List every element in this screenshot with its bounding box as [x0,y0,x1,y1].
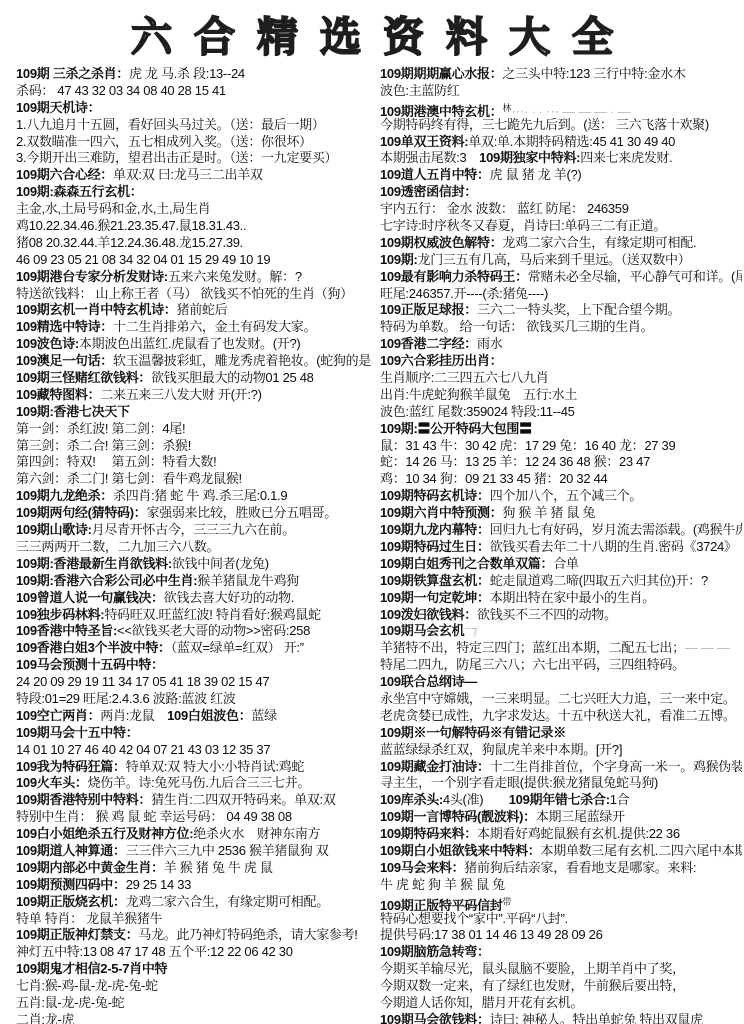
text-segment: 单双:单.本期特码精选:45 41 30 49 40 [468,134,675,149]
text-line: 109期六肖中特预测：狗 猴 羊 猪 鼠 兔 [380,505,742,522]
text-line: 鸡：10 34 狗：09 21 33 45 猪：20 32 44 [380,471,742,488]
text-line: 109期特码来料：本期看好鸡蛇鼠猴有玄机.提供:22 36 [380,826,742,843]
text-line: 七字诗:时序秋冬又春夏，肖诗曰:单码三二有正道。 [380,218,742,235]
text-segment: 109香港二字经： [380,336,477,351]
text-line: 本期强击尾数:3 109期独家中特料:四来七来虎发财. [380,150,742,167]
text-segment: 蓝绿 [251,708,276,723]
text-line: 109马会来料：猪前狗后结亲家，看看地支是哪家。来料: [380,860,742,877]
text-segment: 109联合总纲诗— [380,674,477,689]
text-segment: 109期期期赢心水报： [380,66,502,81]
text-segment: 109期马会十五中特： [16,725,138,740]
text-segment: 四来七来虎发财. [580,150,672,165]
text-line: 109期权威波色解特：龙鸡二家六合生，有缘定期可相配. [380,235,742,252]
text-segment: 今期买羊输尽光，鼠头鼠脑不要脸，上期羊肖中了奖， [380,961,685,976]
text-line: 第三剑：杀二合! 第三剑：杀猴! [16,438,372,455]
text-segment: 109期鬼才相信2-5-7肖中特 [16,961,167,976]
text-segment: 24 20 09 29 19 11 34 17 05 41 18 39 02 1… [16,674,269,689]
text-segment: 欲钱中间者(龙兔) [172,556,269,571]
text-segment: 永坐宫中守嫦娥，一三来明显。二七兴旺大力追，三一来中定。 [380,691,736,706]
text-line: 2.双数瞄准一四六，五七相成列入奖。（送：你很坏） [16,134,372,151]
text-segment: 十二生肖排弟六，金土有码发大家。 [113,319,316,334]
text-segment: 109香港中特圣旨: [16,623,117,638]
text-line: 109正版足球报：三六二一特头奖，上下配合望今期。 [380,302,742,319]
text-segment: 雨水 [477,336,502,351]
text-segment: 单双:双 曰:龙马三二出羊双 [113,167,263,182]
text-line: 109期正版特平码信封带 [380,894,742,911]
text-segment: 今期道人话你知，腊月开花有玄机。 [380,995,583,1010]
text-line: 109最有影响力杀特码王：常赌未必全尽输，平心静气可和详。(尾) [380,269,742,286]
text-segment: 欲钱买不三不四的动物。 [477,607,617,622]
text-segment: 鸡：10 34 狗：09 21 33 45 猪：20 32 44 [380,471,607,486]
text-segment: 今期特码终有得，三七跪先九后到。(送： 三六飞落十欢聚) [380,117,709,132]
text-line: 牛 虎 蛇 狗 羊 猴 鼠 兔 [380,877,742,894]
text-line: 特送欲钱料： 山上称王者（马） 欲钱买不怕死的生肖（狗） [16,286,372,303]
text-segment: 之三头中特:123 三行中特:金水木 [502,66,685,81]
text-line: 46 09 23 05 21 08 34 32 04 01 15 29 49 1… [16,252,372,269]
text-segment: 猪前狗后结亲家，看看地支是哪家。来料: [464,860,696,875]
text-segment: 109期:香港最新生肖欲钱料: [16,556,172,571]
text-segment: 主金,水,土局号码和金,水,土,局生肖 [16,201,210,216]
text-line: 今期买羊输尽光，鼠头鼠脑不要脸，上期羊肖中了奖， [380,961,742,978]
text-line: 109期香港特别中特料：猜生肖:二四双开特码来。单双:双 [16,792,372,809]
text-segment: 109道人五肖中特： [380,167,490,182]
text-line: 109期九龙内幕特：回归九七有好码，岁月流去需添载。(鸡猴牛虎) [380,522,742,539]
text-line: 109六合彩挂历出肖： [380,353,742,370]
text-line: 109期预测四码中：29 25 14 33 [16,877,372,894]
text-segment: 109马会来料： [380,860,464,875]
text-line: 永坐宫中守嫦娥，一三来明显。二七兴旺大力追，三一来中定。 [380,691,742,708]
text-segment: 109期年错七杀合: [509,792,610,807]
text-line: 109独步码林料:特码旺双.旺蓝红波! 特肖看好:猴鸡鼠蛇 [16,607,372,624]
text-line: 鼠：31 43 牛：30 42 虎：17 29 兔：16 40 龙：27 39 [380,438,742,455]
text-segment: 杀四肖:猪 蛇 牛 鸡.杀三尾:0.1.9 [113,488,287,503]
text-line: 109期天机诗： [16,100,372,117]
text-segment: 特码旺双.旺蓝红波! 特肖看好:猴鸡鼠蛇 [104,607,320,622]
text-segment: 三三两两开二数，二九加三六八数。 [16,539,219,554]
text-segment: 鼠：31 43 牛：30 42 虎：17 29 兔：16 40 龙：27 39 [380,438,675,453]
text-segment: 14 01 10 27 46 40 42 04 07 21 43 03 12 3… [16,742,270,757]
text-line: 109期:香港七决天下 [16,404,372,421]
text-segment: 特段:01=29 旺尾:2.4.3.6 波路:蓝波 红波 [16,691,236,706]
text-line: 生肖顺序:二三四五六七八九肖 [380,370,742,387]
text-segment: 109期玄机一肖中特玄机诗： [16,302,177,317]
text-segment: 109正版足球报： [380,302,477,317]
text-segment: 波色:主蓝防红 [380,83,460,98]
text-segment: 109独步码林料: [16,607,104,622]
text-segment: 生肖顺序:二三四五六七八九肖 [380,370,548,385]
page-title: 六合精选资料大全 [0,4,744,63]
text-segment: 蛇走鼠道鸡二啼(四取五六归其位)开：? [490,573,708,588]
text-line: 109泼妇欲钱料：欲钱买不三不四的动物。 [380,607,742,624]
text-segment: 特单双:双 特大小:小特肖试:鸡蛇 [126,759,304,774]
text-segment: 特尾二四九，防尾三六八；六七出平码，三四组特码。 [380,657,685,672]
text-segment: 特码心想要找个“家中”.平码“八封”. [380,911,568,926]
text-line: 109期正版烧玄机：龙鸡二家六合生，有缘定期可相配。 [16,894,372,911]
text-line: 109期:〓公开特码大包围〓 [380,421,742,438]
text-segment: 猴羊猪鼠龙牛鸡狗 [197,573,299,588]
text-segment: 2.双数瞄准一四六，五七相成列入奖。（送：你很坏） [16,134,312,149]
text-line: 109期:香港六合彩公司必中生肖:猴羊猪鼠龙牛鸡狗 [16,573,372,590]
left-column: 109期 三杀之杀肖：虎 龙 马.杀 段:13--24杀码： 47 43 32 … [2,66,372,1024]
text-line: 24 20 09 29 19 11 34 17 05 41 18 39 02 1… [16,674,372,691]
text-segment: 109期特码玄机诗： [380,488,490,503]
text-line: 109期马会十五中特： [16,725,372,742]
text-segment: 本期三尾蓝绿开 [536,809,625,824]
text-line: 第四剑：特双! 第五剑：特看大数! [16,454,372,471]
text-segment: 109火车头： [16,775,88,790]
text-segment: 109期天机诗： [16,100,100,115]
text-segment: 四个加八个，五个减三个。 [490,488,642,503]
text-line: 109期藏金打油诗：十二生肖排首位，个字身高一米一。鸡猴伪装 [380,759,742,776]
text-line: 109期道人神算通：三三伴六三九中 2536 猴羊猪鼠狗 双 [16,843,372,860]
text-segment: 109期藏金打油诗： [380,759,490,774]
text-segment: 本期看好鸡蛇鼠猴有玄机.提供:22 36 [477,826,680,841]
text-line: 五肖:鼠-龙-虎-兔-蛇 [16,995,372,1012]
text-line: 109火车头：烧伤羊。诗:兔死马伤.九后合三三七并。 [16,775,372,792]
text-line: 109澳足一句话：软玉温馨披彩虹，雕龙秀虎着艳妆。(蛇狗的是 [16,353,372,370]
text-segment: 欲钱去喜大好功的动物. [164,590,294,605]
text-segment: 二来五来三八发大财 开(开:?) [100,387,261,402]
two-column-body: 109期 三杀之杀肖：虎 龙 马.杀 段:13--24杀码： 47 43 32 … [0,66,744,1024]
text-line: 109期山歌诗:月尽青开怀古今，三三三九六在前。 [16,522,372,539]
text-segment: 29 25 14 33 [126,877,191,892]
text-line: 109期铁算盘玄机：蛇走鼠道鸡二啼(四取五六归其位)开：? [380,573,742,590]
text-line: 109期期期赢心水报：之三头中特:123 三行中特:金水木 [380,66,742,83]
text-segment: 寻主生，一个别字看走眼(提供:猴龙猪鼠兔蛇马狗) [380,775,658,790]
text-line: 蓝蓝绿绿杀红双，狗鼠虎羊来中本期。[开?] [380,742,742,759]
text-segment: 虎 龙 马.杀 段:13--24 [129,66,245,81]
text-segment: 第四剑：特双! 第五剑：特看大数! [16,454,216,469]
lottery-info-sheet: 六合精选资料大全 109期 三杀之杀肖：虎 龙 马.杀 段:13--24杀码： … [0,4,744,1024]
text-segment: 1合 [610,792,630,807]
text-segment: 二肖:龙-虎 [16,1012,74,1024]
text-segment: 109期: [380,252,418,267]
text-segment: 109精选中特诗： [16,319,113,334]
text-segment: 109期特码过生日： [380,539,490,554]
text-segment: 蓝蓝绿绿杀红双，狗鼠虎羊来中本期。[开?] [380,742,622,757]
text-segment: 109期铁算盘玄机： [380,573,490,588]
right-column: 109期期期赢心水报：之三头中特:123 三行中特:金水木波色:主蓝防红109期… [372,66,742,1024]
text-line: 特码心想要找个“家中”.平码“八封”. [380,911,742,928]
text-line: 109期 三杀之杀肖：虎 龙 马.杀 段:13--24 [16,66,372,83]
text-segment: 两肖:龙鼠 [100,708,167,723]
text-line: 14 01 10 27 46 40 42 04 07 21 43 03 12 3… [16,742,372,759]
text-line: 特码为单数。 给一句话： 欲钱买几三期的生肖。 [380,319,742,336]
text-line: 109精选中特诗：十二生肖排弟六，金土有码发大家。 [16,319,372,336]
text-line: 109透密函信封： [380,184,742,201]
text-line: 109道人五肖中特：虎 鼠 猪 龙 羊(?) [380,167,742,184]
text-segment: 虎 鼠 猪 龙 羊(?) [490,167,582,182]
text-segment: 今期双数一定来，有了绿红也发财，牛前猴后要出特， [380,978,685,993]
text-segment: 109期白姐秀刊之合数单双篇： [380,556,553,571]
text-line: 109香港中特圣旨:<<欲钱买老大哥的动物>>密码:258 [16,623,372,640]
text-segment: 109香港白姐3个半波中特： [16,640,171,655]
text-segment: 鸡10.22.34.46.猴21.23.35.47.鼠18.31.43.. [16,218,246,233]
text-segment: 本期单数三尾有玄机.二四六尾中本期 [541,843,743,858]
text-line: 109期两句经(猜特码)：家强弱来比较，胜败已分五唱哥。 [16,505,372,522]
text-segment: 109藏特图料： [16,387,100,402]
text-line: 特单 特肖： 龙鼠羊猴猪牛 [16,911,372,928]
text-line: 鸡10.22.34.46.猴21.23.35.47.鼠18.31.43.. [16,218,372,235]
text-segment: 109期预测四码中： [16,877,126,892]
text-segment: 109期香港特别中特料： [16,792,151,807]
text-line: 109马会预测十五码中特： [16,657,372,674]
text-segment: 狗 猴 羊 猪 鼠 兔 [502,505,595,520]
text-line: 109白小姐绝杀五行及财神方位:绝杀火水 财神东南方 [16,826,372,843]
text-line: 109期:森森五行玄机： [16,184,372,201]
text-segment: 109期港澳中特玄机： [380,104,502,117]
text-segment: 猪前蛇后 [177,302,228,317]
text-segment: 109最有影响力杀特码王： [380,269,528,284]
text-segment: 本期出特在家中最小的生肖。 [490,590,655,605]
text-segment: 46 09 23 05 21 08 34 32 04 01 15 29 49 1… [16,252,270,267]
text-line: 今期特码终有得，三七跪先九后到。(送： 三六飞落十欢聚) [380,117,742,134]
text-line: 宇内五行： 金水 波数： 蓝红 防尾： 246359 [380,201,742,218]
text-line: 第一剑：杀红波! 第二剑：4尾! [16,421,372,438]
text-segment: 109期山歌诗: [16,522,92,537]
text-line: 109联合总纲诗— [380,674,742,691]
text-segment: 老虎贪婪已成性，九字求发达。十五中秋送大礼，看准二五博。 [380,708,736,723]
text-segment: ⋯· · · ⋯ — — — · — [511,104,630,117]
text-segment: 109期:〓公开特码大包围〓 [380,421,532,436]
text-segment: 家强弱来比较，胜败已分五唱哥。 [146,505,337,520]
text-segment: 109期三怪赌红欲钱料： [16,370,151,385]
text-line: 109期一句定乾坤：本期出特在家中最小的生肖。 [380,590,742,607]
text-segment: 出肖:牛虎蛇狗猴羊鼠兔 五行:水土 [380,387,577,402]
text-segment: <<欲钱买老大哥的动物>>密码:258 [117,623,310,638]
text-line: 第六剑：杀二门! 第七剑：看牛鸡龙鼠猴! [16,471,372,488]
text-segment: 本期波色出蓝红.虎鼠看了也发财。(开?) [79,336,301,351]
text-line: 109空亡两肖：两肖:龙鼠 109白姐波色：蓝绿 [16,708,372,725]
text-segment: 波色:蓝红 尾数:359024 特段:11--45 [380,404,575,419]
text-segment: 带 [502,897,511,907]
text-line: 出肖:牛虎蛇狗猴羊鼠兔 五行:水土 [380,387,742,404]
text-segment: 109期六合心经： [16,167,113,182]
text-line: 109期九龙绝杀：杀四肖:猪 蛇 牛 鸡.杀三尾:0.1.9 [16,488,372,505]
text-line: 109期港澳中特玄机：林⋯· · · ⋯ — — — · — [380,100,742,117]
text-segment: 三三伴六三九中 2536 猴羊猪鼠狗 双 [126,843,329,858]
text-segment: 杀码： 47 43 32 03 34 08 40 28 15 41 [16,83,226,98]
text-segment: 牛 虎 蛇 狗 羊 猴 鼠 兔 [380,877,505,892]
text-segment: 龙鸡二家六合生，有缘定期可相配. [502,235,696,250]
text-line: 109期脑筋急转弯： [380,944,742,961]
text-segment: 七肖:猴-鸡-鼠-龙-虎-兔-蛇 [16,978,158,993]
text-line: 109单双王资料:单双:单.本期特码精选:45 41 30 49 40 [380,134,742,151]
text-line: 109期:龙门三五有几高，马后来到千里远。（送双数中） [380,252,742,269]
text-segment: 五肖:鼠-龙-虎-兔-蛇 [16,995,124,1010]
text-segment: 109期九龙内幕特： [380,522,490,537]
text-segment: 欲钱买看去年二十八期的生肖.密码《3724》 [490,539,737,554]
text-segment: 常赌未必全尽输，平心静气可和详。(尾) [528,269,742,284]
text-segment: 羊 猴 猪 兔 牛 虎 鼠 [164,860,273,875]
text-segment: 109期权威波色解特： [380,235,502,250]
text-line: 羊猪特不出，特定三四门；蓝红出本期，二配五七出；— — — [380,640,742,657]
text-line: 二肖:龙-虎 [16,1012,372,1024]
text-segment: 第一剑：杀红波! 第二剑：4尾! [16,421,185,436]
text-segment: 109期九龙绝杀： [16,488,113,503]
text-segment: 特别中生肖： 猴 鸡 鼠 蛇 幸运号码： 04 49 38 08 [16,809,292,824]
text-segment: 109我为特码狂篇： [16,759,126,774]
text-line: 主金,水,土局号码和金,水,土,局生肖 [16,201,372,218]
text-segment: 109期马会玄机 [380,623,464,638]
text-segment: 第六剑：杀二门! 第七剑：看牛鸡龙鼠猴! [16,471,242,486]
text-line: 109期内部必中黄金生肖：羊 猴 猪 兔 牛 虎 鼠 [16,860,372,877]
text-segment: 109期两句经(猜特码)： [16,505,146,520]
text-line: 109期鬼才相信2-5-7肖中特 [16,961,372,978]
text-segment: 109马会预测十五码中特： [16,657,164,672]
text-segment: 109期一句定乾坤： [380,590,490,605]
text-segment: 欲钱买胆最大的动物01 25 48 [151,370,314,385]
text-segment: 109六合彩挂历出肖： [380,353,502,368]
text-segment: 109单双王资料: [380,134,468,149]
text-segment: 龙门三五有几高，马后来到千里远。（送双数中） [418,252,691,267]
text-segment: 十二生肖排首位，个字身高一米一。鸡猴伪装 [490,759,742,774]
text-segment: 109期:森森五行玄机： [16,184,142,199]
text-segment: 109期独家中特料: [479,150,580,165]
text-line: 旺尾:246357.开----(杀:猪兔----) [380,286,742,303]
text-segment: （蓝双=绿单=红双） 开:” [171,640,304,655]
text-line: 109期马会欲钱料：诗曰: 神秘人。特出单蛇兔 特出双鼠虎 [380,1012,742,1024]
text-segment: 109期脑筋急转弯： [380,944,490,959]
text-segment: 109库杀头: [380,792,443,807]
text-segment: 本期强击尾数:3 [380,150,479,165]
text-segment: 109空亡两肖： [16,708,100,723]
text-line: 109期特码过生日：欲钱买看去年二十八期的生肖.密码《3724》 [380,539,742,556]
text-line: 109香港白姐3个半波中特：（蓝双=绿单=红双） 开:” [16,640,372,657]
text-segment: 109曾道人说一句赢钱决： [16,590,164,605]
text-line: 七肖:猴-鸡-鼠-龙-虎-兔-蛇 [16,978,372,995]
text-line: 波色:蓝红 尾数:359024 特段:11--45 [380,404,742,421]
text-line: 109香港二字经：雨水 [380,336,742,353]
text-segment: — — — [685,640,730,655]
text-line: 三三两两开二数，二九加三六八数。 [16,539,372,556]
text-segment: 109期一言博特码(靓波料)： [380,809,536,824]
text-line: 109期白小姐欲钱来中特料：本期单数三尾有玄机.二四六尾中本期 [380,843,742,860]
text-segment: 月尽青开怀古今，三三三九六在前。 [92,522,295,537]
text-line: 109期白姐秀刊之合数单双篇：合单 [380,556,742,573]
text-line: 109我为特码狂篇：特单双:双 特大小:小特肖试:鸡蛇 [16,759,372,776]
text-segment: 109澳足一句话： [16,353,113,368]
text-segment: 109期马会欲钱料： [380,1012,490,1024]
text-line: 109期一言博特码(靓波料)：本期三尾蓝绿开 [380,809,742,826]
text-segment: 109期白小姐欲钱来中特料： [380,843,541,858]
text-segment: 特单 特肖： 龙鼠羊猴猪牛 [16,911,162,926]
text-segment: 109期正版烧玄机： [16,894,126,909]
text-segment: ⁻⁊ [464,623,477,638]
text-segment: 109期:香港六合彩公司必中生肖: [16,573,197,588]
text-segment: 1.八九追月十五圆，看好回头马过关。（送：最后一期） [16,117,325,132]
text-segment: 绝杀火水 财神东南方 [193,826,320,841]
text-line: 杀码： 47 43 32 03 34 08 40 28 15 41 [16,83,372,100]
text-segment: 神灯五中特:13 08 47 17 48 五个平:12 22 06 42 30 [16,944,293,959]
text-line: 波色:主蓝防红 [380,83,742,100]
text-line: 109期特码玄机诗：四个加八个，五个减三个。 [380,488,742,505]
text-line: 109期正版神灯禁支：马龙。此乃神灯特码绝杀，请大家参考! [16,927,372,944]
text-line: 109库杀头:4头(准) 109期年错七杀合:1合 [380,792,742,809]
text-segment: 109期:香港七决天下 [16,404,130,419]
text-segment: 第三剑：杀二合! 第三剑：杀猴! [16,438,191,453]
text-line: 猪08 20.32.44.羊12.24.36.48.龙15.27.39. [16,235,372,252]
text-segment: 109期正版特平码信封 [380,898,502,911]
text-segment: 109期六肖中特预测： [380,505,502,520]
text-line: 109期三怪赌红欲钱料：欲钱买胆最大的动物01 25 48 [16,370,372,387]
text-segment: 109期 三杀之杀肖： [16,66,129,81]
text-line: 109期※一句解特码※有错记录※ [380,725,742,742]
text-segment: 七字诗:时序秋冬又春夏，肖诗曰:单码三二有正道。 [380,218,666,233]
text-segment: 109期※一句解特码※有错记录※ [380,725,566,740]
text-segment: 宇内五行： 金水 波数： 蓝红 防尾： 246359 [380,201,629,216]
text-segment: 蛇：14 26 马：13 25 羊：12 24 36 48 猴：23 47 [380,454,650,469]
text-line: 109期马会玄机⁻⁊ [380,623,742,640]
text-segment: 109期港台专家分析发财诗: [16,269,168,284]
text-segment: 特送欲钱料： 山上称王者（马） 欲钱买不怕死的生肖（狗） [16,286,353,301]
text-segment: 猜生肖:二四双开特码来。单双:双 [151,792,335,807]
text-segment: 4头(准) [443,792,509,807]
text-line: 109波色诗:本期波色出蓝红.虎鼠看了也发财。(开?) [16,336,372,353]
text-line: 3.今期开出三难防，望君出击正是时。（送：一九定要买） [16,150,372,167]
text-segment: 109泼妇欲钱料： [380,607,477,622]
text-segment: 回归九七有好码，岁月流去需添载。(鸡猴牛虎) [490,522,742,537]
text-segment: 烧伤羊。诗:兔死马伤.九后合三三七并。 [88,775,311,790]
text-segment: 龙鸡二家六合生，有缘定期可相配。 [126,894,329,909]
text-segment: 109期内部必中黄金生肖： [16,860,164,875]
text-segment: 109期特码来料： [380,826,477,841]
text-line: 今期道人话你知，腊月开花有玄机。 [380,995,742,1012]
text-segment: 五来六来兔发财。解：? [168,269,302,284]
text-line: 特尾二四九，防尾三六八；六七出平码，三四组特码。 [380,657,742,674]
text-segment: 马龙。此乃神灯特码绝杀，请大家参考! [138,927,357,942]
text-line: 109期玄机一肖中特玄机诗：猪前蛇后 [16,302,372,319]
text-line: 109期:香港最新生肖欲钱料:欲钱中间者(龙兔) [16,556,372,573]
text-line: 特别中生肖： 猴 鸡 鼠 蛇 幸运号码： 04 49 38 08 [16,809,372,826]
text-line: 蛇：14 26 马：13 25 羊：12 24 36 48 猴：23 47 [380,454,742,471]
text-segment: 三六二一特头奖，上下配合望今期。 [477,302,680,317]
text-segment: 109波色诗: [16,336,79,351]
text-line: 109藏特图料：二来五来三八发大财 开(开:?) [16,387,372,404]
text-segment: 3.今期开出三难防，望君出击正是时。（送：一九定要买） [16,150,337,165]
text-line: 109期六合心经：单双:双 曰:龙马三二出羊双 [16,167,372,184]
text-line: 今期双数一定来，有了绿红也发财，牛前猴后要出特， [380,978,742,995]
text-line: 提供号码:17 38 01 14 46 13 49 28 09 26 [380,927,742,944]
text-segment: 特码为单数。 给一句话： 欲钱买几三期的生肖。 [380,319,653,334]
text-line: 特段:01=29 旺尾:2.4.3.6 波路:蓝波 红波 [16,691,372,708]
text-segment: 109白小姐绝杀五行及财神方位: [16,826,193,841]
text-segment: 109白姐波色： [167,708,251,723]
text-line: 神灯五中特:13 08 47 17 48 五个平:12 22 06 42 30 [16,944,372,961]
text-segment: 旺尾:246357.开----(杀:猪兔----) [380,286,548,301]
text-segment: 诗曰: 神秘人。特出单蛇兔 特出双鼠虎 [490,1012,703,1024]
text-line: 109期港台专家分析发财诗:五来六来兔发财。解：? [16,269,372,286]
text-segment: 羊猪特不出，特定三四门；蓝红出本期，二配五七出； [380,640,685,655]
text-segment: 109期道人神算通： [16,843,126,858]
text-segment: 软玉温馨披彩虹，雕龙秀虎着艳妆。(蛇狗的是 [113,353,371,368]
text-segment: 109期正版神灯禁支： [16,927,138,942]
text-segment: 合单 [553,556,578,571]
text-line: 109曾道人说一句赢钱决：欲钱去喜大好功的动物. [16,590,372,607]
text-segment: 猪08 20.32.44.羊12.24.36.48.龙15.27.39. [16,235,243,250]
text-segment: 109透密函信封： [380,184,477,199]
text-line: 老虎贪婪已成性，九字求发达。十五中秋送大礼，看准二五博。 [380,708,742,725]
text-segment: 提供号码:17 38 01 14 46 13 49 28 09 26 [380,927,603,942]
text-line: 1.八九追月十五圆，看好回头马过关。（送：最后一期） [16,117,372,134]
text-line: 寻主生，一个别字看走眼(提供:猴龙猪鼠兔蛇马狗) [380,775,742,792]
